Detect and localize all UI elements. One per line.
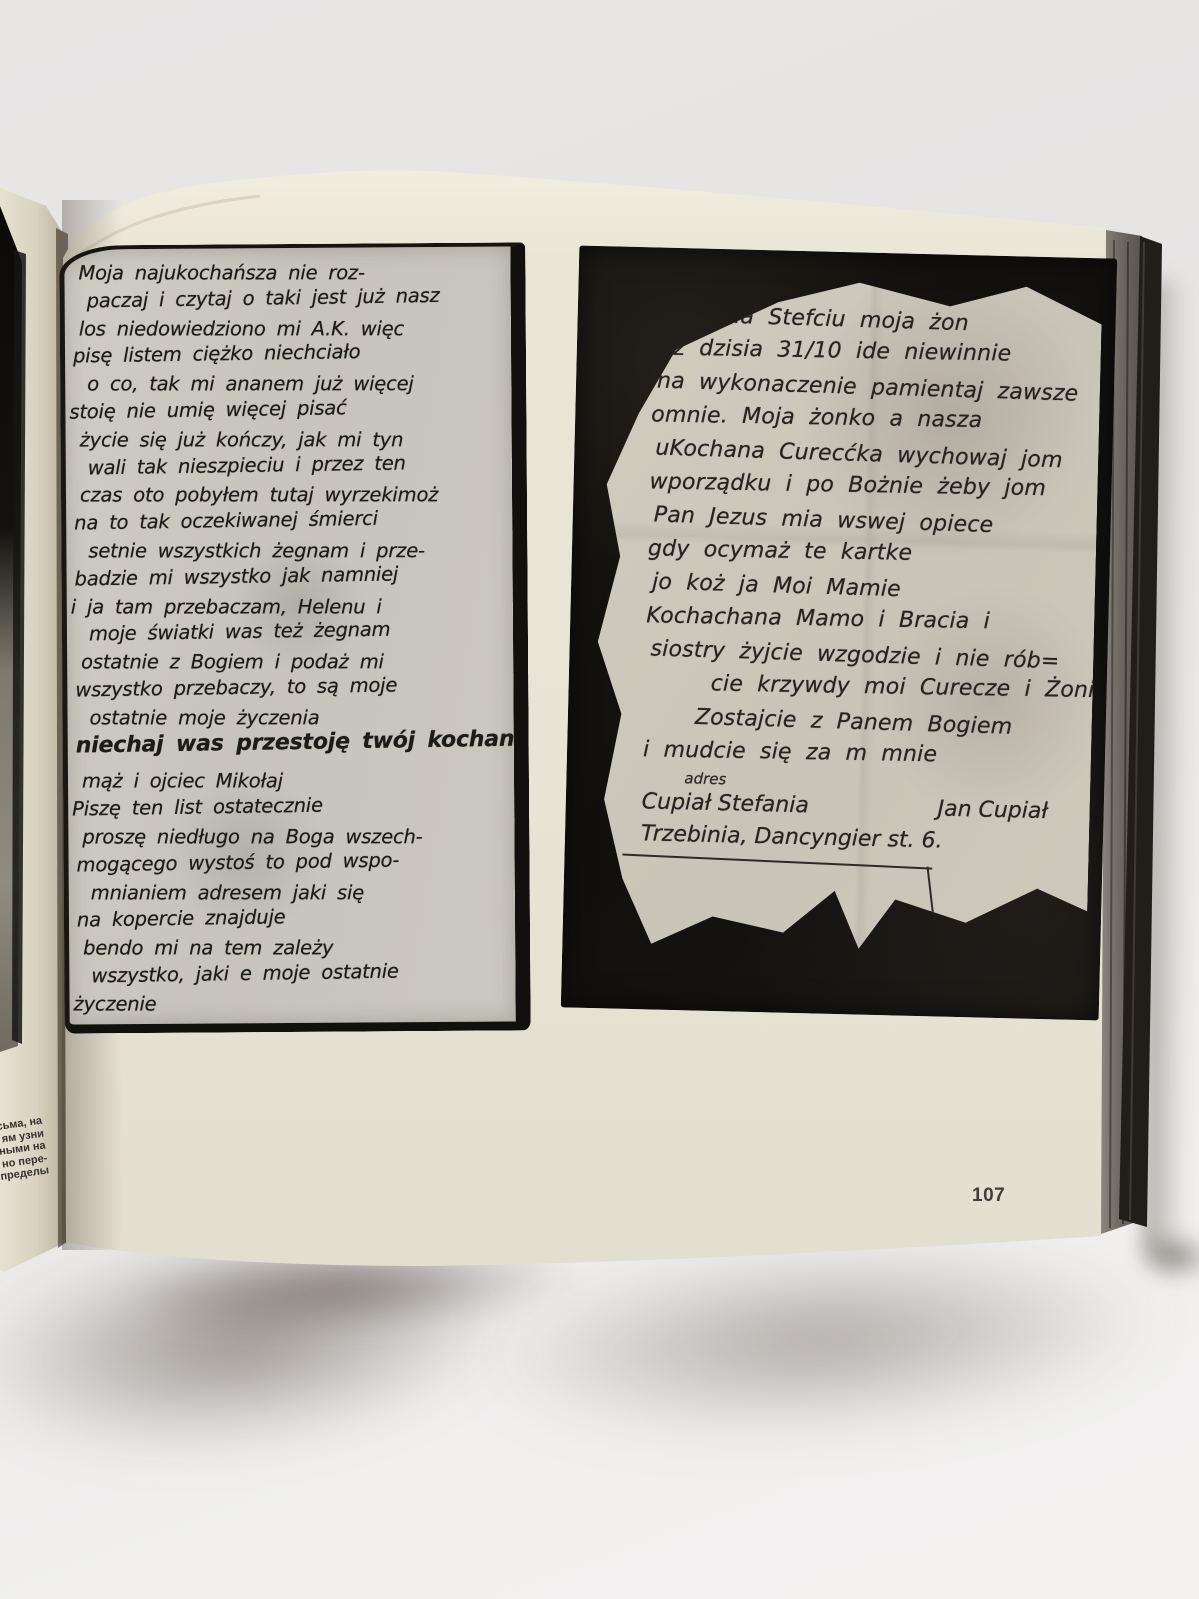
address-label: adres [684,769,744,788]
right-letter-photo: Kochana Stefciu moja żonjuż dzisia 31/10… [561,246,1117,1021]
handwritten-line: badzie mi wszystko jak namniej [74,559,506,594]
right-letter-handwriting: Kochana Stefciu moja żonjuż dzisia 31/10… [643,297,1094,777]
torn-letter-paper: Kochana Stefciu moja żonjuż dzisia 31/10… [579,262,1102,990]
handwritten-line: Piszę ten list ostatecznie [72,789,508,824]
handwritten-line: moje światki was też żegnam [89,614,507,648]
left-letter-photo: Moja najukochańsza nie roz-paczaj i czyt… [59,242,530,1033]
handwritten-line: stoię nie umię więcej pisać [69,392,505,427]
handwritten-line: paczaj i czytaj o taki jest już nasz [86,281,504,315]
page-number: 107 [972,1185,1042,1207]
photo-caption-fragments: сьма, наям узниными нано пере-пределы [0,1115,50,1188]
address-name: Cupiał Stefania [641,786,809,822]
facing-page-caption-clip: сьма, наям узниными нано пере-пределы [0,1056,58,1226]
handwritten-line: pisę listem ciężko niechciało [73,336,505,371]
handwritten-line: na to tak oczekiwanej śmierci [74,503,506,538]
ink-line [927,867,942,978]
handwritten-line: mogącego wystoś to pod wspo- [76,844,508,879]
handwritten-line: wali tak nieszpieciu i przez ten [88,447,506,481]
handwritten-line: wszystko, jaki e moje ostatnie [91,956,509,990]
photograph-of-open-book: Moja najukochańsza nie roz-paczaj i czyt… [0,0,1199,1599]
handwritten-line: życzenie [74,990,510,1018]
left-letter-handwriting: Moja najukochańsza nie roz-paczaj i czyt… [64,246,515,1026]
handwritten-line: i mudcie się za m mnie [643,733,1084,774]
handwritten-line: na kopercie znajduje [77,900,509,935]
signature-name: Jan Cupiał [937,793,1048,828]
handwritten-line: wszystko przebaczy, to są moje [75,670,507,705]
